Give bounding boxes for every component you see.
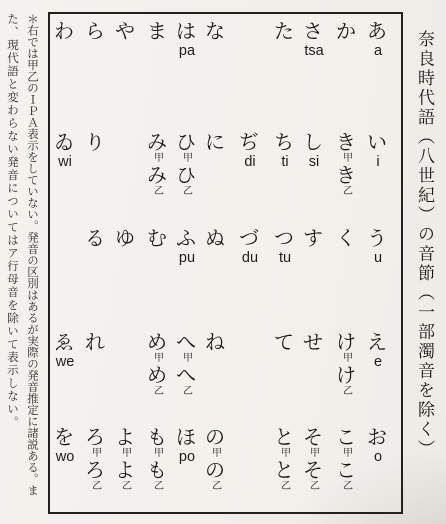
romaji-label: o [374, 449, 382, 465]
romaji-label: si [309, 154, 319, 170]
kana-glyph: や [115, 21, 135, 42]
syllable-cell-a-0: あa [359, 21, 395, 59]
kana-glyph: よ [115, 427, 135, 448]
kana-glyph: ぢ [239, 132, 259, 153]
kana-glyph: て [274, 332, 294, 353]
kana-glyph: に [205, 132, 225, 153]
kana-glyph: き [336, 165, 356, 186]
romaji-label: tu [279, 250, 291, 266]
kana-glyph: く [336, 228, 356, 249]
kana-glyph: ゑ [54, 332, 74, 353]
syllable-cell-o-7: も甲も乙 [139, 427, 175, 493]
syllable-cell-a-1: か [328, 21, 364, 42]
kana-glyph: ま [147, 21, 167, 42]
kana-glyph: と [274, 427, 294, 448]
kana-glyph: し [303, 132, 323, 153]
kana-glyph: り [85, 132, 105, 153]
kana-glyph: を [54, 427, 74, 448]
syllable-cell-a-7: ま [139, 21, 175, 42]
syllable-cell-i-7: み甲み乙 [139, 132, 175, 198]
romaji-label: pu [179, 250, 195, 266]
kana-glyph: せ [303, 332, 323, 353]
syllable-cell-a-3: た [266, 21, 302, 42]
kana-glyph: か [336, 21, 356, 42]
footnote-line-1: ＊右では甲乙のＩＰＡ表示をしていない。発音の区別はあるが実際の発音推定に諸説ある… [23, 13, 43, 513]
syllable-cell-u-7: む [139, 228, 175, 249]
syllable-cell-i-3: ちti [266, 132, 302, 170]
syllable-cell-e-1: け甲け乙 [328, 332, 364, 398]
romaji-label: po [179, 449, 195, 465]
otsu-subscript: 乙 [154, 481, 164, 493]
kana-glyph: あ [367, 21, 387, 42]
kana-glyph: そ [303, 460, 323, 481]
kana-glyph: ほ [176, 427, 196, 448]
syllable-cell-u-3: つtu [266, 228, 302, 266]
kana-glyph: る [85, 228, 105, 249]
kana-glyph: え [367, 332, 387, 353]
kana-glyph: よ [115, 460, 135, 481]
kana-glyph: へ [176, 365, 196, 386]
syllable-cell-o-0: おo [359, 427, 395, 465]
scanned-book-page: ＊右では甲乙のＩＰＡ表示をしていない。発音の区別はあるが実際の発音推定に諸説ある… [0, 0, 446, 524]
syllable-cell-i-9: り [77, 132, 113, 153]
romaji-label: wo [56, 449, 75, 465]
otsu-subscript: 乙 [183, 386, 193, 398]
syllable-cell-a-10: わ [46, 21, 82, 42]
syllable-cell-e-7: め甲め乙 [139, 332, 175, 398]
kana-glyph: ゆ [115, 228, 135, 249]
page-title: 奈良時代語（八世紀）の音節（一部濁音を除く） [407, 30, 441, 500]
kana-glyph: づ [239, 228, 259, 249]
kana-glyph: め [147, 365, 167, 386]
kana-glyph: な [205, 21, 225, 42]
otsu-subscript: 乙 [122, 481, 132, 493]
syllable-cell-i-4: ぢdi [231, 132, 267, 170]
syllable-cell-o-1: こ甲こ乙 [328, 427, 364, 493]
syllable-cell-u-1: く [328, 228, 364, 249]
syllable-cell-i-1: き甲き乙 [328, 132, 364, 198]
romaji-label: du [242, 250, 258, 266]
kana-glyph: ね [205, 332, 225, 353]
romaji-label: we [56, 354, 75, 370]
syllable-cell-i-10: ゐwi [46, 132, 82, 170]
romaji-label: wi [58, 154, 72, 170]
syllable-cell-i-0: いi [359, 132, 395, 170]
kana-glyph: も [147, 460, 167, 481]
romaji-label: ti [281, 154, 288, 170]
kana-glyph: み [147, 165, 167, 186]
kana-glyph: れ [85, 332, 105, 353]
otsu-subscript: 乙 [154, 186, 164, 198]
syllable-cell-u-9: る [77, 228, 113, 249]
kana-glyph: そ [303, 427, 323, 448]
kana-glyph: と [274, 460, 294, 481]
kana-glyph: け [336, 332, 356, 353]
romaji-label: u [374, 250, 382, 266]
kana-glyph: こ [336, 460, 356, 481]
romaji-label: a [374, 43, 382, 59]
footnote-line-2: た、現代語と変わらない発音についてはア行母音を除いて表示しない。 [3, 13, 23, 513]
kana-glyph: む [147, 228, 167, 249]
otsu-subscript: 乙 [343, 481, 353, 493]
kana-glyph: ゐ [54, 132, 74, 153]
syllable-cell-o-3: と甲と乙 [266, 427, 302, 493]
syllable-cell-e-0: えe [359, 332, 395, 370]
kana-glyph: こ [336, 427, 356, 448]
otsu-subscript: 乙 [343, 386, 353, 398]
syllable-cell-e-3: て [266, 332, 302, 353]
kana-glyph: ひ [176, 132, 196, 153]
kana-glyph: さ [303, 21, 323, 42]
kana-glyph: へ [176, 332, 196, 353]
kana-glyph: み [147, 132, 167, 153]
kana-glyph: た [274, 21, 294, 42]
kana-glyph: ら [85, 21, 105, 42]
kana-glyph: ふ [176, 228, 196, 249]
footnote: ＊右では甲乙のＩＰＡ表示をしていない。発音の区別はあるが実際の発音推定に諸説ある… [3, 13, 43, 513]
syllable-cell-o-9: ろ甲ろ乙 [77, 427, 113, 493]
kana-glyph: け [336, 365, 356, 386]
otsu-subscript: 乙 [183, 186, 193, 198]
romaji-label: i [376, 154, 379, 170]
syllable-cell-o-10: をwo [46, 427, 82, 465]
kana-glyph: ろ [85, 460, 105, 481]
otsu-subscript: 乙 [343, 186, 353, 198]
kana-glyph: も [147, 427, 167, 448]
romaji-label: pa [179, 43, 195, 59]
kana-glyph: め [147, 332, 167, 353]
syllable-cell-u-4: づdu [231, 228, 267, 266]
otsu-subscript: 乙 [92, 481, 102, 493]
syllable-cell-e-9: れ [77, 332, 113, 353]
otsu-subscript: 乙 [310, 481, 320, 493]
romaji-label: tsa [304, 43, 323, 59]
romaji-label: di [244, 154, 255, 170]
syllable-cell-u-0: うu [359, 228, 395, 266]
kana-glyph: の [205, 427, 225, 448]
otsu-subscript: 乙 [281, 481, 291, 493]
kana-glyph: わ [54, 21, 74, 42]
kana-glyph: お [367, 427, 387, 448]
kana-glyph: ひ [176, 165, 196, 186]
kana-glyph: は [176, 21, 196, 42]
kana-glyph: ぬ [205, 228, 225, 249]
kana-glyph: き [336, 132, 356, 153]
syllable-cell-a-9: ら [77, 21, 113, 42]
kana-glyph: う [367, 228, 387, 249]
romaji-label: e [374, 354, 382, 370]
kana-glyph: つ [274, 228, 294, 249]
syllable-cell-e-10: ゑwe [46, 332, 82, 370]
kana-glyph: の [205, 460, 225, 481]
kana-glyph: ろ [85, 427, 105, 448]
otsu-subscript: 乙 [154, 386, 164, 398]
kana-glyph: い [367, 132, 387, 153]
kana-glyph: ち [274, 132, 294, 153]
kana-glyph: す [303, 228, 323, 249]
otsu-subscript: 乙 [212, 481, 222, 493]
